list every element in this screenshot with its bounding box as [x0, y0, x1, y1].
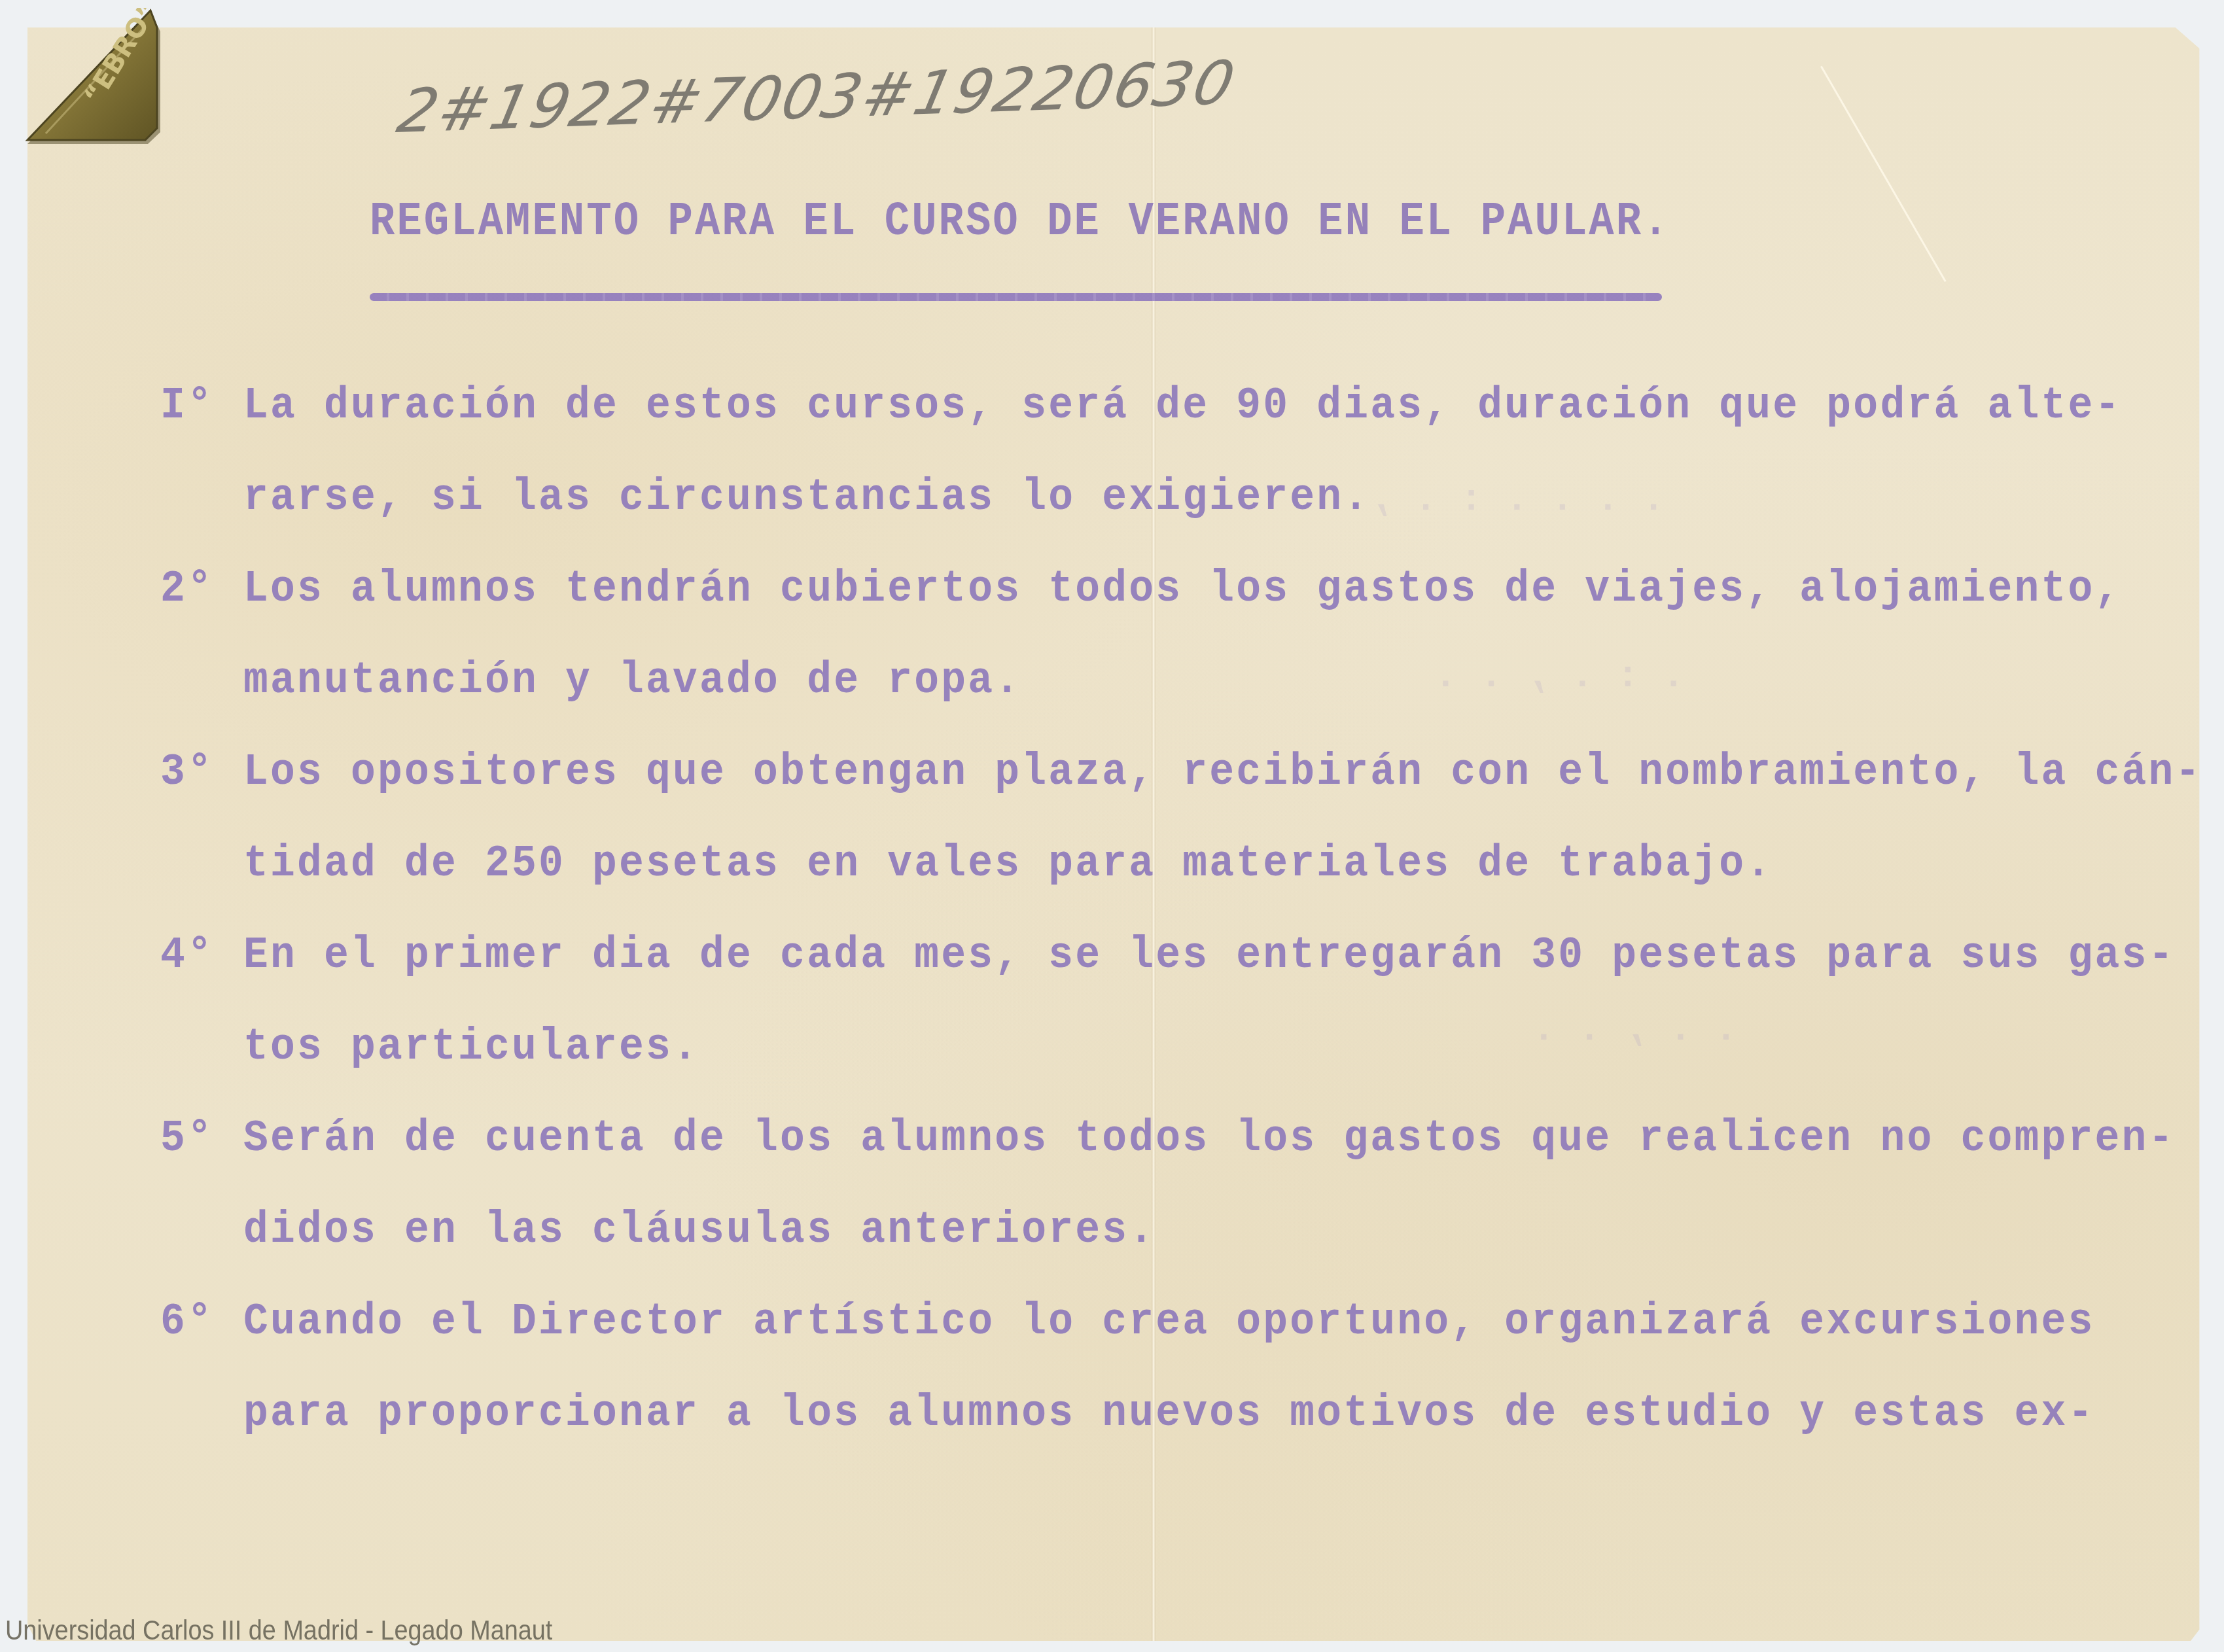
- clause-number: 2°: [160, 564, 243, 615]
- clause-number: 3°: [160, 747, 243, 798]
- clause-text: tos particulares.: [160, 1022, 2162, 1121]
- clause-4: 4°En el primer dia de cada mes, se les e…: [160, 930, 2162, 1114]
- clause-list: I°La duración de estos cursos, será de 9…: [160, 381, 2162, 1480]
- clause-text: En el primer dia de cada mes, se les ent…: [243, 930, 2175, 981]
- clause-text: tidad de 250 pesetas en vales para mater…: [160, 839, 2162, 938]
- clause-text: Serán de cuenta de los alumnos todos los…: [243, 1114, 2175, 1164]
- document-title: REGLAMENTO PARA EL CURSO DE VERANO EN EL…: [370, 196, 1670, 249]
- corner-crease: [1820, 66, 1947, 283]
- clause-3: 3°Los opositores que obtengan plaza, rec…: [160, 747, 2162, 930]
- clause-1: I°La duración de estos cursos, será de 9…: [160, 381, 2162, 564]
- clause-text: La duración de estos cursos, será de 90 …: [243, 381, 2121, 431]
- clause-text: Los alumnos tendrán cubiertos todos los …: [243, 564, 2121, 614]
- clause-number: I°: [160, 381, 243, 432]
- clause-text: Los opositores que obtengan plaza, recib…: [243, 747, 2202, 798]
- clause-number: 4°: [160, 930, 243, 981]
- clause-number: 5°: [160, 1114, 243, 1165]
- clause-text: didos en las cláusulas anteriores.: [160, 1205, 2162, 1304]
- clause-text: para proporcionar a los alumnos nuevos m…: [160, 1388, 2162, 1487]
- clause-text: rarse, si las circunstancias lo exigiere…: [160, 472, 2162, 571]
- clause-text: Cuando el Director artístico lo crea opo…: [243, 1297, 2094, 1347]
- brass-corner-clip-icon: “EBRO”: [20, 8, 160, 145]
- clause-number: 6°: [160, 1297, 243, 1348]
- archive-watermark: Universidad Carlos III de Madrid - Legad…: [5, 1615, 552, 1646]
- clause-6: 6°Cuando el Director artístico lo crea o…: [160, 1297, 2162, 1480]
- clause-5: 5°Serán de cuenta de los alumnos todos l…: [160, 1114, 2162, 1297]
- clause-2: 2°Los alumnos tendrán cubiertos todos lo…: [160, 564, 2162, 747]
- title-underline: [370, 293, 1662, 301]
- clause-text: manutanción y lavado de ropa.: [160, 656, 2162, 754]
